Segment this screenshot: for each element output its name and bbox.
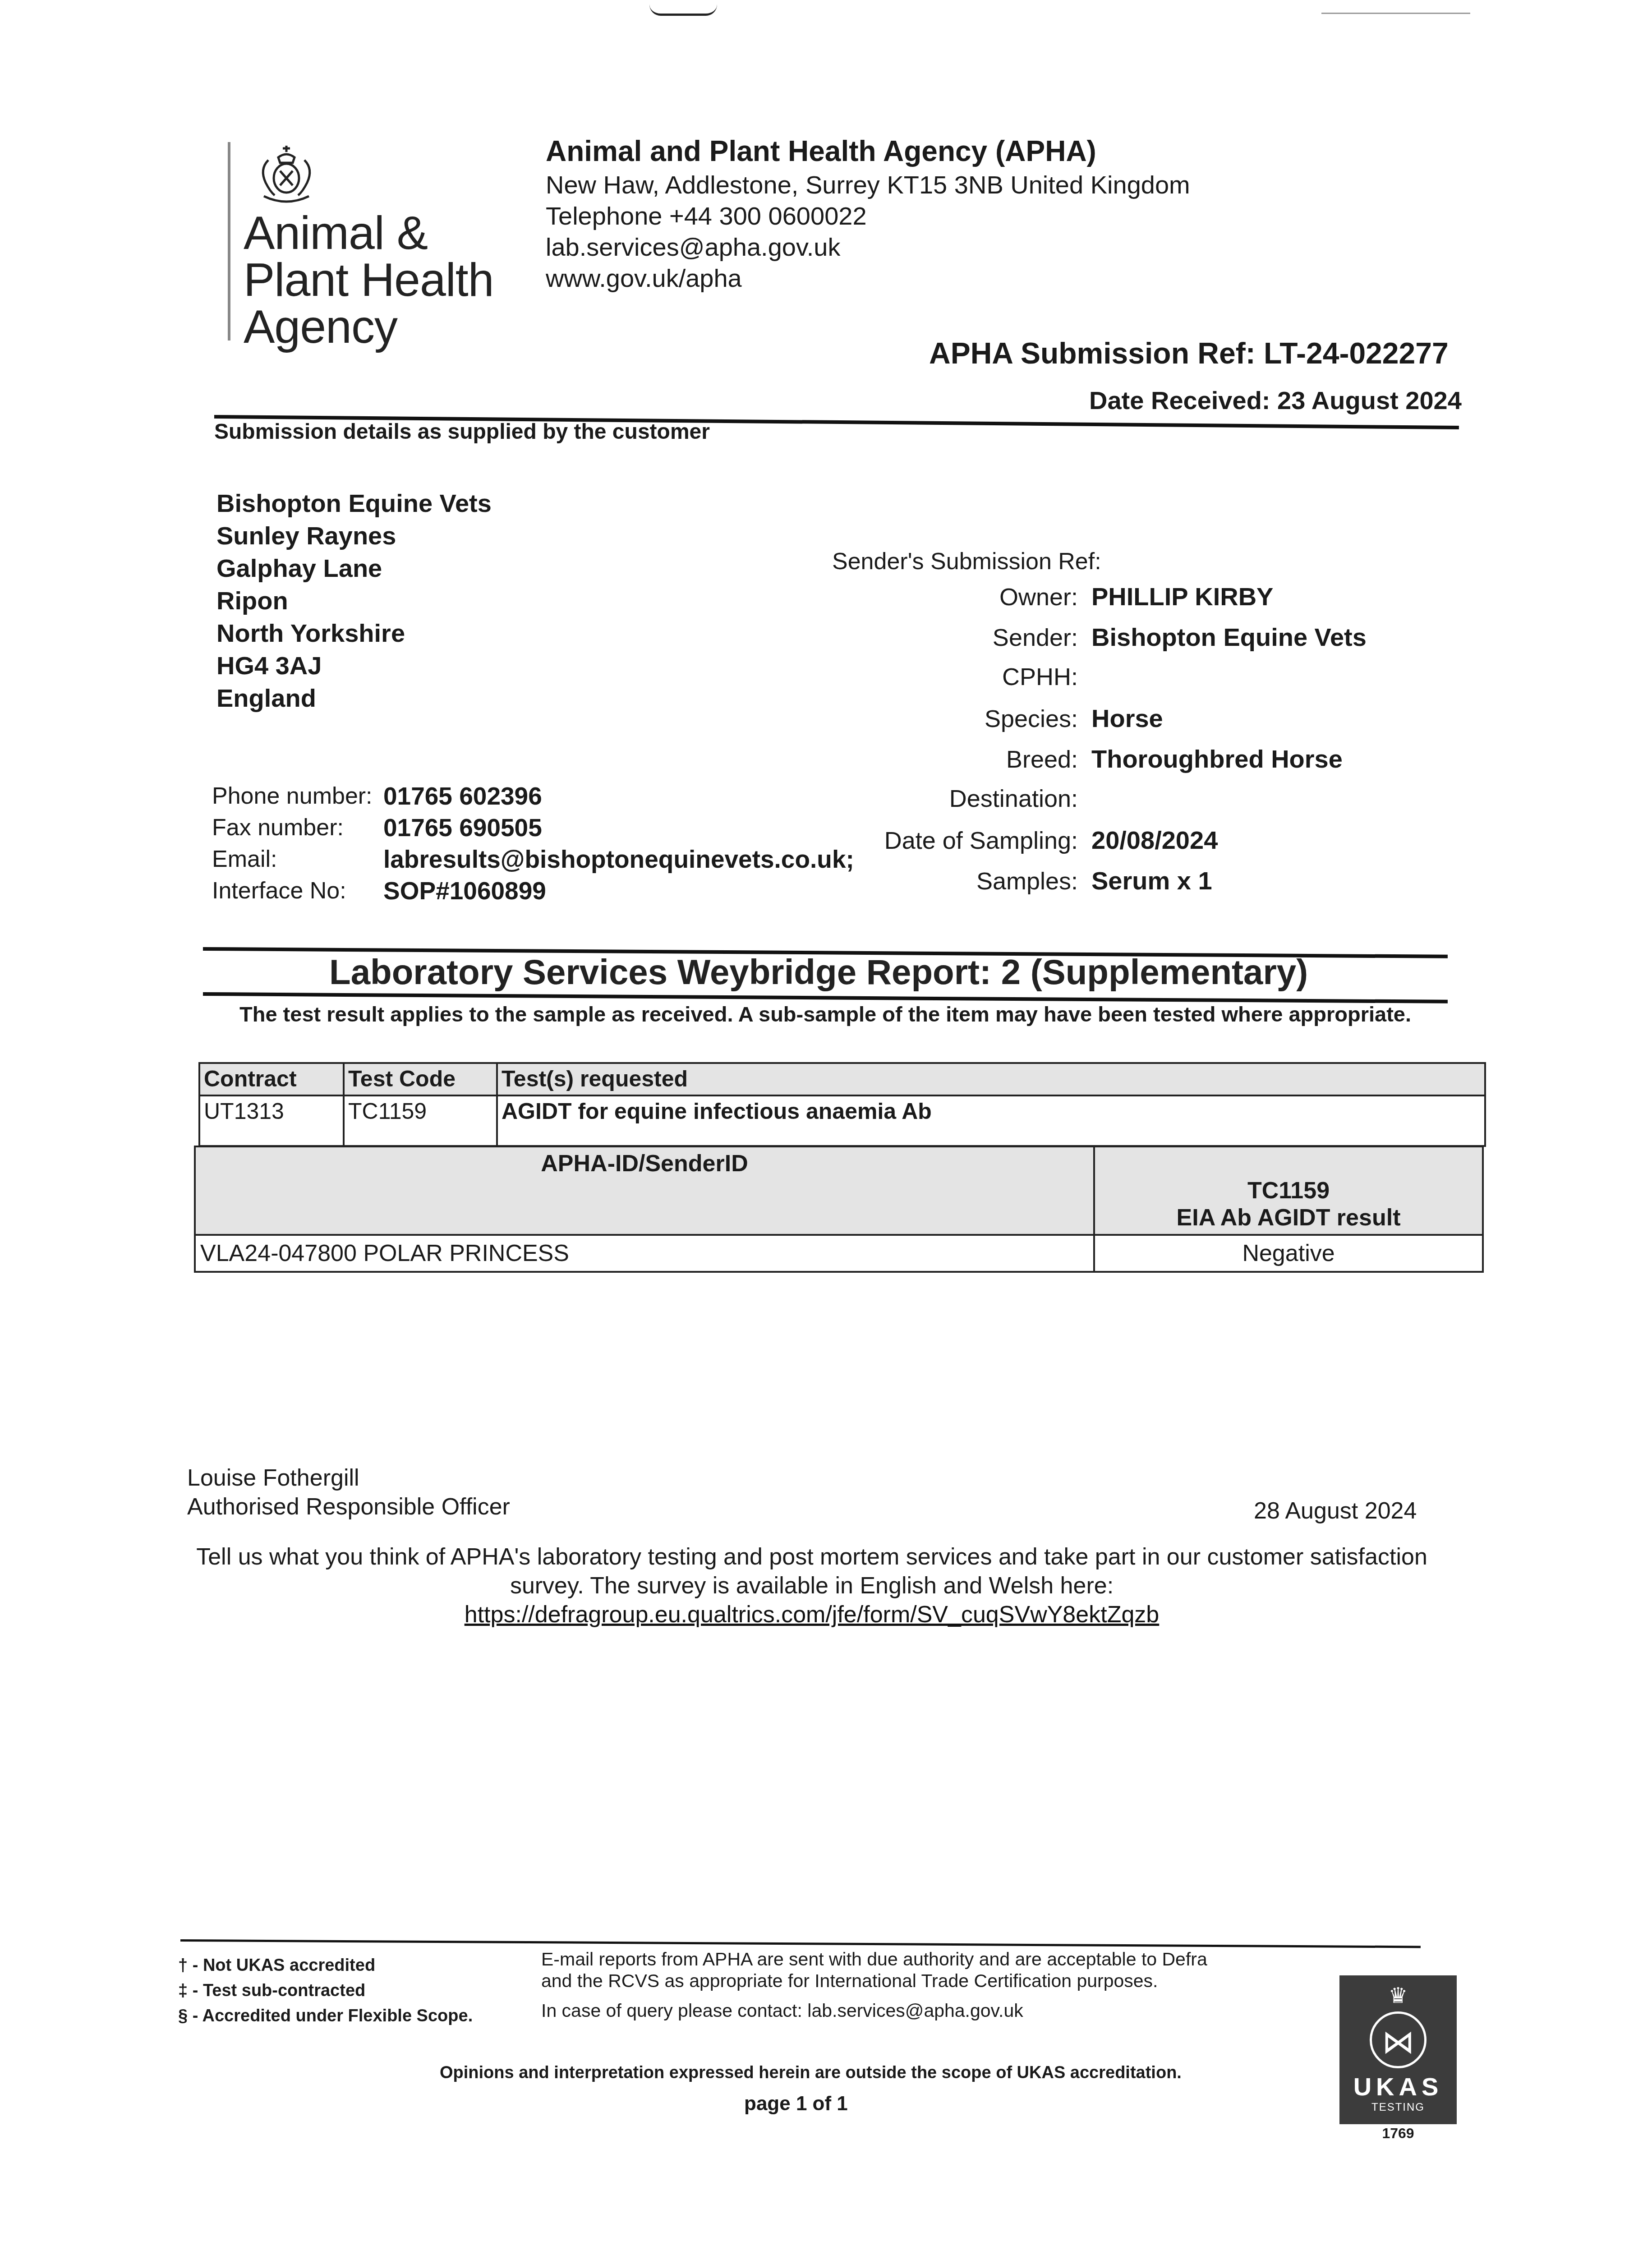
agency-name: Animal and Plant Health Agency (APHA) (546, 133, 1190, 169)
date-received: Date Received: 23 August 2024 (1089, 386, 1462, 415)
contract-cell: UT1313 (199, 1095, 344, 1146)
agency-address: Animal and Plant Health Agency (APHA) Ne… (546, 133, 1190, 294)
signatory: Louise Fothergill Authorised Responsible… (187, 1463, 510, 1521)
column-header: Contract (199, 1063, 344, 1095)
legend-item: † - Not UKAS accredited (178, 1953, 473, 1978)
address-line: Ripon (216, 584, 492, 617)
crown-icon: ♛ (1339, 1984, 1457, 2008)
results-table: APHA-ID/SenderID TC1159 EIA Ab AGIDT res… (194, 1146, 1484, 1273)
field-label: Destination: (767, 785, 1091, 813)
logo-line: Agency (244, 304, 494, 350)
contact-value: SOP#1060899 (383, 875, 546, 907)
ukas-sub: TESTING (1339, 2101, 1457, 2114)
field-label: Owner: (767, 583, 1091, 611)
field-label: Samples: (767, 867, 1091, 895)
agency-street: New Haw, Addlestone, Surrey KT15 3NB Uni… (546, 169, 1190, 200)
column-header: TC1159 EIA Ab AGIDT result (1094, 1146, 1483, 1235)
agency-telephone: Telephone +44 300 0600022 (546, 200, 1190, 231)
field-date-of-sampling: Date of Sampling:20/08/2024 (767, 825, 1367, 866)
field-cphh: CPHH: (767, 663, 1367, 704)
field-sender: Sender:Bishopton Equine Vets (767, 622, 1367, 663)
field-label: Breed: (767, 746, 1091, 773)
sample-id-cell: VLA24-047800 POLAR PRINCESS (195, 1235, 1094, 1272)
address-line: HG4 3AJ (216, 649, 492, 682)
report-disclaimer: The test result applies to the sample as… (239, 1001, 1412, 1027)
field-owner: Owner:PHILLIP KIRBY (767, 582, 1367, 622)
email-notice: E-mail reports from APHA are sent with d… (541, 1948, 1227, 1992)
accreditation-legend: † - Not UKAS accredited ‡ - Test sub-con… (178, 1953, 473, 2029)
customer-contact: Phone number: 01765 602396 Fax number: 0… (212, 780, 854, 907)
survey-link[interactable]: https://defragroup.eu.qualtrics.com/jfe/… (465, 1602, 1160, 1628)
contact-value: 01765 690505 (383, 812, 542, 843)
address-line: Sunley Raynes (216, 520, 492, 552)
column-header: Test(s) requested (497, 1063, 1485, 1095)
test-code-cell: TC1159 (344, 1095, 497, 1146)
survey-text: Tell us what you think of APHA's laborat… (189, 1542, 1434, 1600)
contact-label: Interface No: (212, 875, 383, 907)
contact-label: Phone number: (212, 780, 383, 812)
ukas-badge: ♛ ⋈ UKAS TESTING (1339, 1975, 1457, 2124)
field-label: Sender: (767, 624, 1091, 652)
royal-crest-icon (250, 142, 322, 210)
field-label: CPHH: (767, 663, 1091, 691)
table-header-row: Contract Test Code Test(s) requested (199, 1063, 1485, 1095)
field-label: Date of Sampling: (767, 827, 1091, 855)
contact-value: 01765 602396 (383, 780, 542, 812)
contact-label: Fax number: (212, 812, 383, 843)
field-value: Horse (1091, 704, 1163, 733)
logo-divider (228, 142, 230, 341)
logo-line: Plant Health (244, 257, 494, 304)
legal-notice: E-mail reports from APHA are sent with d… (541, 1948, 1227, 2029)
logo-line: Animal & (244, 210, 494, 257)
page-number: page 1 of 1 (744, 2093, 848, 2115)
report-date: 28 August 2024 (1254, 1497, 1417, 1524)
ukas-name: UKAS (1339, 2072, 1457, 2101)
senders-submission-ref-label: Sender's Submission Ref: (832, 548, 1101, 575)
ukas-symbol-icon: ⋈ (1370, 2011, 1427, 2068)
address-line: North Yorkshire (216, 617, 492, 649)
agency-website[interactable]: www.gov.uk/apha (546, 262, 1190, 294)
signatory-title: Authorised Responsible Officer (187, 1492, 510, 1521)
field-value: 20/08/2024 (1091, 825, 1218, 855)
field-destination: Destination: (767, 785, 1367, 825)
scan-artifact (1321, 13, 1470, 17)
test-requested-cell: AGIDT for equine infectious anaemia Ab (497, 1095, 1485, 1146)
signatory-name: Louise Fothergill (187, 1463, 510, 1492)
opinions-notice: Opinions and interpretation expressed he… (440, 2063, 1182, 2083)
legend-item: § - Accredited under Flexible Scope. (178, 2003, 473, 2029)
address-line: Galphay Lane (216, 552, 492, 584)
test-result-header: EIA Ab AGIDT result (1100, 1204, 1477, 1231)
submission-fields: Owner:PHILLIP KIRBY Sender:Bishopton Equ… (767, 582, 1367, 907)
column-header: APHA-ID/SenderID (195, 1146, 1094, 1235)
field-value: Thoroughbred Horse (1091, 744, 1343, 773)
field-species: Species:Horse (767, 704, 1367, 744)
table-header-row: APHA-ID/SenderID TC1159 EIA Ab AGIDT res… (195, 1146, 1483, 1235)
table-row: UT1313 TC1159 AGIDT for equine infectiou… (199, 1095, 1485, 1146)
survey-notice: Tell us what you think of APHA's laborat… (189, 1542, 1434, 1629)
field-label: Species: (767, 705, 1091, 733)
table-row: VLA24-047800 POLAR PRINCESS Negative (195, 1235, 1483, 1272)
field-breed: Breed:Thoroughbred Horse (767, 744, 1367, 785)
report-title: Laboratory Services Weybridge Report: 2 … (329, 952, 1308, 993)
field-value: Serum x 1 (1091, 866, 1212, 895)
test-code-header: TC1159 (1100, 1177, 1477, 1204)
contact-label: Email: (212, 843, 383, 875)
footer-divider (180, 1939, 1421, 1948)
field-value: PHILLIP KIRBY (1091, 582, 1273, 611)
contact-row-interface: Interface No: SOP#1060899 (212, 875, 854, 907)
agency-email[interactable]: lab.services@apha.gov.uk (546, 231, 1190, 262)
legend-item: ‡ - Test sub-contracted (178, 1978, 473, 2003)
scan-artifact (649, 5, 717, 16)
customer-address: Bishopton Equine Vets Sunley Raynes Galp… (216, 487, 492, 714)
query-contact: In case of query please contact: lab.ser… (541, 2000, 1227, 2021)
address-line: Bishopton Equine Vets (216, 487, 492, 520)
submission-details-heading: Submission details as supplied by the cu… (214, 419, 710, 444)
field-samples: Samples:Serum x 1 (767, 866, 1367, 907)
address-line: England (216, 682, 492, 714)
ukas-number: 1769 (1339, 2125, 1457, 2142)
result-cell: Negative (1094, 1235, 1483, 1272)
submission-ref: APHA Submission Ref: LT-24-022277 (929, 336, 1449, 370)
contact-row-phone: Phone number: 01765 602396 (212, 780, 854, 812)
tests-requested-table: Contract Test Code Test(s) requested UT1… (198, 1062, 1486, 1147)
field-value: Bishopton Equine Vets (1091, 622, 1367, 652)
contact-row-email: Email: labresults@bishoptonequinevets.co… (212, 843, 854, 875)
contact-row-fax: Fax number: 01765 690505 (212, 812, 854, 843)
column-header: Test Code (344, 1063, 497, 1095)
agency-logo-text: Animal & Plant Health Agency (244, 210, 494, 350)
